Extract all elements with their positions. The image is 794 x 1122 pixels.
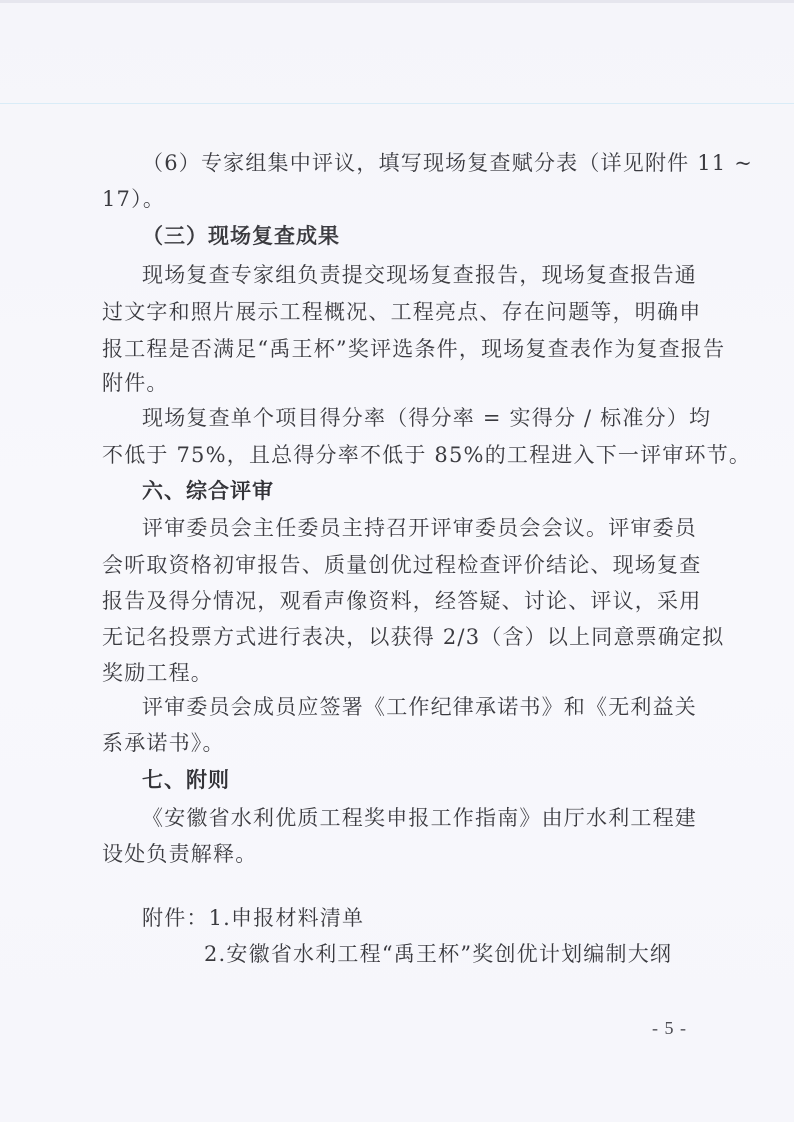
paragraph-line: 附件。 <box>102 370 169 396</box>
section-heading: 七、附则 <box>142 767 230 793</box>
paragraph-line: 现场复查单个项目得分率（得分率 = 实得分 / 标准分）均 <box>142 405 694 431</box>
page-number: - 5 - <box>652 1018 687 1039</box>
paragraph-line: （6）专家组集中评议，填写现场复查赋分表（详见附件 11 ~ <box>142 150 694 176</box>
attachments-block: 附件：1.申报材料清单 <box>142 905 364 931</box>
document-page: （6）专家组集中评议，填写现场复查赋分表（详见附件 11 ~ 17）。 （三）现… <box>0 0 794 1122</box>
attachment-item: 2.安徽省水利工程“禹王杯”奖创优计划编制大纲 <box>204 941 672 967</box>
scan-edge <box>0 0 794 3</box>
paragraph-line: 现场复查专家组负责提交现场复查报告，现场复查报告通 <box>142 262 694 288</box>
section-heading: 六、综合评审 <box>142 478 274 504</box>
paragraph-line: 不低于 75%，且总得分率不低于 85%的工程进入下一评审环节。 <box>102 442 694 468</box>
attachments-label: 附件： <box>142 906 209 930</box>
paragraph-line: 会听取资格初审报告、质量创优过程检查评价结论、现场复查 <box>102 552 694 578</box>
paragraph-line: 评审委员会成员应签署《工作纪律承诺书》和《无利益关 <box>142 694 694 720</box>
paragraph-line: 设处负责解释。 <box>102 841 257 867</box>
paragraph-line: 系承诺书》。 <box>102 730 225 756</box>
paragraph-line: 过文字和照片展示工程概况、工程亮点、存在问题等，明确申 <box>102 299 694 325</box>
paragraph-line: 17）。 <box>102 186 165 212</box>
paragraph-line: 报工程是否满足“禹王杯”奖评选条件，现场复查表作为复查报告 <box>102 336 694 362</box>
section-subheading: （三）现场复查成果 <box>142 223 340 249</box>
paragraph-line: 报告及得分情况，观看声像资料，经答疑、讨论、评议，采用 <box>102 588 694 614</box>
paragraph-line: 无记名投票方式进行表决，以获得 2/3（含）以上同意票确定拟 <box>102 624 694 650</box>
paragraph-line: 评审委员会主任委员主持召开评审委员会会议。评审委员 <box>142 515 694 541</box>
scan-artifact-line <box>0 103 794 104</box>
paragraph-line: 奖励工程。 <box>102 660 213 686</box>
attachment-item: 1.申报材料清单 <box>209 906 365 930</box>
paragraph-line: 《安徽省水利优质工程奖申报工作指南》由厅水利工程建 <box>142 805 694 831</box>
